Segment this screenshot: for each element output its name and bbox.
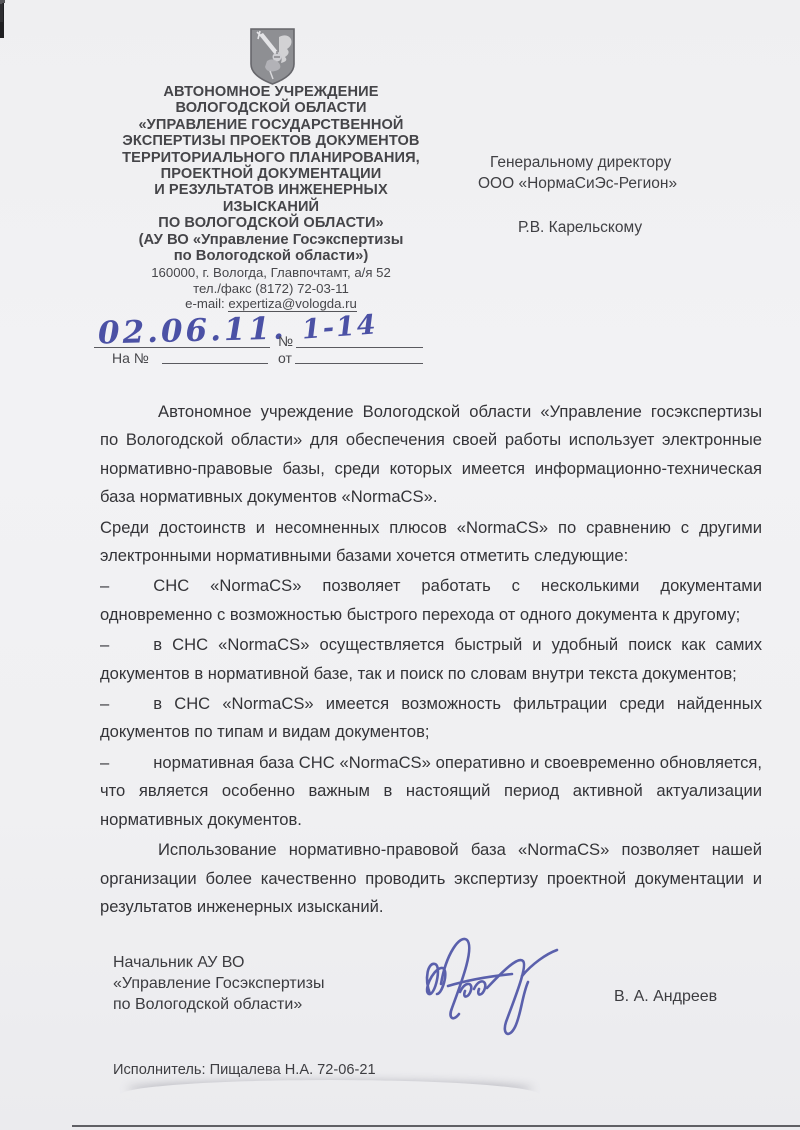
- paper-crease: [120, 1080, 540, 1110]
- org-name-line: ПО ВОЛОГОДСКОЙ ОБЛАСТИ»: [89, 215, 453, 231]
- letterhead-org-block: АВТОНОМНОЕ УЧРЕЖДЕНИЕ ВОЛОГОДСКОЙ ОБЛАСТ…: [89, 84, 453, 312]
- executor-note: Исполнитель: Пищалева Н.А. 72-06-21: [113, 1062, 376, 1078]
- org-name-line: И РЕЗУЛЬТАТОВ ИНЖЕНЕРНЫХ: [89, 182, 453, 198]
- from-label: от: [278, 350, 292, 366]
- signer-position-line: Начальник АУ ВО: [113, 952, 325, 973]
- org-phone: тел./факс (8172) 72-03-11: [89, 281, 453, 297]
- scanned-letter-page: АВТОНОМНОЕ УЧРЕЖДЕНИЕ ВОЛОГОДСКОЙ ОБЛАСТ…: [0, 0, 800, 1130]
- org-name-line: ТЕРРИТОРИАЛЬНОГО ПЛАНИРОВАНИЯ,: [89, 150, 453, 166]
- addressee-person: Р.В. Карельскому: [518, 217, 728, 238]
- list-dash: –: [100, 753, 109, 772]
- org-short-name-line: по Вологодской области»): [89, 248, 453, 265]
- org-email-line: e-mail: expertiza@vologda.ru: [89, 296, 453, 312]
- org-name-line: ПРОЕКТНОЙ ДОКУМЕНТАЦИИ: [89, 166, 453, 182]
- handwritten-signature: [408, 928, 573, 1046]
- scan-artifact: [2, 0, 5, 3]
- org-short-name-line: (АУ ВО «Управление Госэкспертизы: [89, 232, 453, 249]
- date-underline: [94, 347, 270, 348]
- coat-of-arms-icon: [249, 27, 296, 86]
- list-dash: –: [100, 694, 109, 713]
- number-label: №: [278, 333, 293, 349]
- org-name-line: ИЗЫСКАНИЙ: [89, 199, 453, 215]
- scan-edge-line: [72, 1125, 800, 1127]
- handwritten-date: 02.06.11.: [98, 311, 288, 352]
- addressee-block: Генеральному директору ООО «НормаСиЭс-Ре…: [478, 152, 728, 238]
- list-item: –в СНС «NormaCS» осуществляется быстрый …: [100, 631, 762, 688]
- org-name-line: ЭКСПЕРТИЗЫ ПРОЕКТОВ ДОКУМЕНТОВ: [89, 133, 453, 149]
- signer-position-line: по Вологодской области»: [113, 994, 325, 1015]
- paragraph: Среди достоинств и несомненных плюсов «N…: [100, 514, 762, 571]
- signer-position: Начальник АУ ВО «Управление Госэкспертиз…: [113, 952, 325, 1015]
- number-underline: [296, 347, 423, 348]
- paragraph: Использование нормативно-правовой база «…: [100, 836, 762, 921]
- list-dash: –: [100, 635, 109, 654]
- letter-body: Автономное учреждение Вологодской област…: [100, 398, 762, 923]
- email-label: e-mail:: [185, 296, 228, 311]
- email-address: expertiza@vologda.ru: [228, 296, 356, 312]
- list-dash: –: [100, 576, 109, 595]
- list-item: –в СНС «NormaCS» имеется возможность фил…: [100, 690, 762, 747]
- from-underline: [295, 363, 423, 364]
- org-name-line: «УПРАВЛЕНИЕ ГОСУДАРСТВЕННОЙ: [89, 117, 453, 133]
- signer-position-line: «Управление Госэкспертизы: [113, 973, 325, 994]
- list-item: –СНС «NormaCS» позволяет работать с неск…: [100, 572, 762, 629]
- handwritten-number: 1-14: [301, 309, 379, 345]
- org-name-line: ВОЛОГОДСКОЙ ОБЛАСТИ: [89, 100, 453, 116]
- reply-to-underline: [162, 363, 268, 364]
- paragraph: Автономное учреждение Вологодской област…: [100, 398, 762, 512]
- addressee-title: Генеральному директору: [490, 152, 728, 173]
- org-postal-address: 160000, г. Вологда, Главпочтамт, а/я 52: [89, 265, 453, 281]
- org-name-line: АВТОНОМНОЕ УЧРЕЖДЕНИЕ: [89, 84, 453, 100]
- reply-to-label: На №: [112, 350, 149, 366]
- addressee-company: ООО «НормаСиЭс-Регион»: [478, 173, 728, 194]
- signer-name: В. А. Андреев: [614, 988, 717, 1006]
- list-item: –нормативная база СНС «NormaCS» оператив…: [100, 749, 762, 834]
